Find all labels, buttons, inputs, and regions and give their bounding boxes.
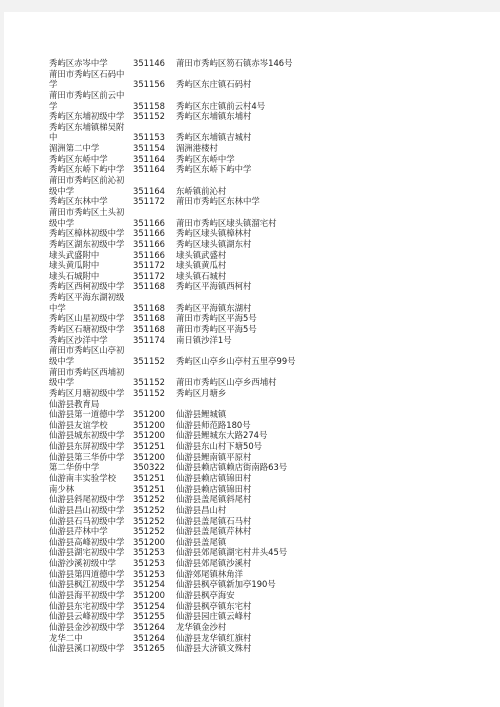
school-name: 莆田市秀屿区前沁初 bbox=[49, 175, 124, 186]
address: 秀屿区东庄镇石码村 bbox=[176, 79, 251, 90]
school-name: 秀屿区山星初级中学 bbox=[49, 313, 124, 324]
address: 仙游县师范路180号 bbox=[176, 420, 251, 431]
school-name: 仙游县第一道德中学 bbox=[49, 409, 124, 420]
school-name: 秀屿区沙洋中学 bbox=[49, 335, 108, 346]
postcode: 351264 bbox=[133, 622, 165, 633]
postcode: 351172 bbox=[133, 260, 165, 271]
school-name: 仙游县第三华侨中学 bbox=[49, 452, 124, 463]
postcode: 351164 bbox=[133, 164, 165, 175]
postcode: 351164 bbox=[133, 186, 165, 197]
address: 仙游郊尾镇林角洋 bbox=[176, 569, 243, 580]
school-name: 仙游县城东初级中学 bbox=[49, 430, 124, 441]
school-name: 级中学 bbox=[49, 218, 74, 229]
school-name: 仙游县斜尾初级中学 bbox=[49, 494, 124, 505]
postcode: 351200 bbox=[133, 537, 165, 548]
school-name: 莆田市秀屿区前云中 bbox=[49, 90, 124, 101]
school-name: 秀屿区石塘初级中学 bbox=[49, 324, 124, 335]
address: 仙游县枫亭镇东宅村 bbox=[176, 601, 251, 612]
school-name: 埭头石城附中 bbox=[49, 271, 99, 282]
school-name: 莆田市秀屿区土头初 bbox=[49, 207, 124, 218]
postcode: 351251 bbox=[133, 441, 165, 452]
postcode: 351168 bbox=[133, 324, 165, 335]
school-name: 学 bbox=[49, 101, 57, 112]
school-name: 莆田市秀屿区石码中 bbox=[49, 69, 124, 80]
postcode: 351255 bbox=[133, 611, 165, 622]
address: 仙游县鲤城镇 bbox=[176, 409, 226, 420]
address: 仙游县枫亭镇新加亭190号 bbox=[176, 579, 276, 590]
school-name: 秀屿区东埔镇梯吴附 bbox=[49, 122, 124, 133]
address: 埭头镇石城村 bbox=[176, 271, 226, 282]
postcode: 351168 bbox=[133, 313, 165, 324]
document-page: 秀屿区赤岑中学351146莆田市秀屿区笏石镇赤岑146号莆田市秀屿区石码中学35… bbox=[4, 12, 500, 707]
school-name: 湄洲第二中学 bbox=[49, 143, 99, 154]
postcode: 351254 bbox=[133, 601, 165, 612]
postcode: 351251 bbox=[133, 473, 165, 484]
address: 莆田市秀屿区笏石镇赤岑146号 bbox=[176, 58, 292, 69]
school-name: 秀屿区樟林初级中学 bbox=[49, 228, 124, 239]
postcode: 351252 bbox=[133, 494, 165, 505]
address: 秀屿区月塘乡 bbox=[176, 388, 226, 399]
school-name: 秀屿区湖东初级中学 bbox=[49, 239, 124, 250]
address: 秀屿区东埔镇吉城村 bbox=[176, 132, 251, 143]
address: 秀屿区东庄镇前云村4号 bbox=[176, 101, 265, 112]
postcode: 351152 bbox=[133, 111, 165, 122]
school-name: 秀屿区月塘初级中学 bbox=[49, 388, 124, 399]
postcode: 351200 bbox=[133, 452, 165, 463]
address: 莆田市秀屿区山亭乡西埔村 bbox=[176, 377, 277, 388]
address: 秀屿区埭头镇樟林村 bbox=[176, 228, 251, 239]
postcode: 351152 bbox=[133, 356, 165, 367]
postcode: 351158 bbox=[133, 101, 165, 112]
postcode: 351152 bbox=[133, 388, 165, 399]
school-name: 中 bbox=[49, 132, 57, 143]
school-name: 仙游南丰实验学校 bbox=[49, 473, 116, 484]
postcode: 351200 bbox=[133, 590, 165, 601]
school-name: 仙游县东宅初级中学 bbox=[49, 601, 124, 612]
school-name: 仙游县湖宅初级中学 bbox=[49, 547, 124, 558]
address: 莆田市秀屿区埭头镇溜宅村 bbox=[176, 218, 277, 229]
postcode: 351264 bbox=[133, 633, 165, 644]
school-name: 级中学 bbox=[49, 377, 74, 388]
postcode: 351200 bbox=[133, 430, 165, 441]
postcode: 351253 bbox=[133, 547, 165, 558]
address: 秀屿区东峤下屿中学 bbox=[176, 164, 251, 175]
address: 秀屿区山亭乡山亭村五里亭99号 bbox=[176, 356, 296, 367]
school-name: 中学 bbox=[49, 303, 66, 314]
address: 仙游县盖尾镇斜尾村 bbox=[176, 494, 251, 505]
school-name: 仙游县云峰初级中学 bbox=[49, 611, 124, 622]
postcode: 351200 bbox=[133, 409, 165, 420]
school-name: 秀屿区东峤下屿中学 bbox=[49, 164, 124, 175]
address: 仙游县赖店镇赖店街南路63号 bbox=[176, 462, 287, 473]
address: 仙游县郊尾镇沙溪村 bbox=[176, 558, 251, 569]
address: 仙游县盖尾镇石马村 bbox=[176, 516, 251, 527]
school-name: 埭头武盛附中 bbox=[49, 250, 99, 261]
postcode: 351174 bbox=[133, 335, 165, 346]
postcode: 351252 bbox=[133, 516, 165, 527]
address: 莆田市秀屿区东林中学 bbox=[176, 196, 260, 207]
school-name: 仙游沙溪初级中学 bbox=[49, 558, 116, 569]
address: 龙华镇金沙村 bbox=[176, 622, 226, 633]
address: 秀屿区东埔镇东埔村 bbox=[176, 111, 251, 122]
address: 仙游县园庄镇云峰村 bbox=[176, 611, 251, 622]
postcode: 351168 bbox=[133, 303, 165, 314]
school-name: 仙游县芹林中学 bbox=[49, 526, 108, 537]
postcode: 351254 bbox=[133, 579, 165, 590]
school-name: 龙华二中 bbox=[49, 633, 83, 644]
school-name: 仙游县教育局 bbox=[49, 399, 99, 410]
postcode: 351166 bbox=[133, 218, 165, 229]
postcode: 351154 bbox=[133, 143, 165, 154]
school-name: 仙游县高峰初级中学 bbox=[49, 537, 124, 548]
school-name: 南少林 bbox=[49, 484, 74, 495]
school-name: 仙游县金沙初级中学 bbox=[49, 622, 124, 633]
school-name: 仙游县昌山初级中学 bbox=[49, 505, 124, 516]
school-name: 莆田市秀屿区西埔初 bbox=[49, 367, 124, 378]
postcode: 351252 bbox=[133, 526, 165, 537]
address: 仙游县盖尾镇芹林村 bbox=[176, 526, 251, 537]
address: 秀屿区埭头镇湖东村 bbox=[176, 239, 251, 250]
postcode: 351172 bbox=[133, 196, 165, 207]
school-name: 学 bbox=[49, 79, 57, 90]
school-name: 仙游县石马初级中学 bbox=[49, 516, 124, 527]
school-name: 仙游县枫江初级中学 bbox=[49, 579, 124, 590]
school-name: 第二华侨中学 bbox=[49, 462, 99, 473]
school-name: 秀屿区东埔初级中学 bbox=[49, 111, 124, 122]
school-name: 仙游县溪口初级中学 bbox=[49, 643, 124, 654]
postcode: 351265 bbox=[133, 643, 165, 654]
postcode: 351166 bbox=[133, 239, 165, 250]
postcode: 351253 bbox=[133, 558, 165, 569]
postcode: 351146 bbox=[133, 58, 165, 69]
school-name: 莆田市秀屿区山亭初 bbox=[49, 345, 124, 356]
address: 埭头镇黄瓜村 bbox=[176, 260, 226, 271]
address: 仙游县郊尾镇湖宅村井头45号 bbox=[176, 547, 287, 558]
postcode: 351156 bbox=[133, 79, 165, 90]
school-name: 秀屿区西柯初级中学 bbox=[49, 281, 124, 292]
school-name: 级中学 bbox=[49, 186, 74, 197]
postcode: 351166 bbox=[133, 228, 165, 239]
school-name: 秀屿区东峤中学 bbox=[49, 154, 108, 165]
school-name: 仙游县第四道德中学 bbox=[49, 569, 124, 580]
address: 秀屿区东峤中学 bbox=[176, 154, 235, 165]
address: 湄洲港楼村 bbox=[176, 143, 218, 154]
postcode: 351164 bbox=[133, 154, 165, 165]
postcode: 351251 bbox=[133, 484, 165, 495]
address: 东峤镇前沁村 bbox=[176, 186, 226, 197]
address: 莆田市秀屿区平海5号 bbox=[176, 324, 257, 335]
address: 埭头镇武盛村 bbox=[176, 250, 226, 261]
address: 仙游县鲤南镇平原村 bbox=[176, 452, 251, 463]
address: 秀屿区平海镇西柯村 bbox=[176, 281, 251, 292]
school-name: 秀屿区平海东湖初级 bbox=[49, 292, 124, 303]
address: 仙游县枫亭海安 bbox=[176, 590, 235, 601]
address: 仙游县赖店镇锦田村 bbox=[176, 473, 251, 484]
school-name: 仙游县海平初级中学 bbox=[49, 590, 124, 601]
address: 仙游县龙华镇红旗村 bbox=[176, 633, 251, 644]
address: 南日镇沙洋1号 bbox=[176, 335, 232, 346]
postcode: 350322 bbox=[133, 462, 165, 473]
address: 仙游县鲤城东大路274号 bbox=[176, 430, 267, 441]
school-name: 秀屿区东林中学 bbox=[49, 196, 108, 207]
address: 莆田市秀屿区平海5号 bbox=[176, 313, 257, 324]
school-name: 仙游县东屏初级中学 bbox=[49, 441, 124, 452]
postcode: 351172 bbox=[133, 271, 165, 282]
address: 秀屿区平海镇东湖村 bbox=[176, 303, 251, 314]
address: 仙游县东山村下塘50号 bbox=[176, 441, 262, 452]
postcode: 351200 bbox=[133, 420, 165, 431]
postcode: 351168 bbox=[133, 281, 165, 292]
address: 仙游县大济镇文殊村 bbox=[176, 643, 251, 654]
school-name: 级中学 bbox=[49, 356, 74, 367]
postcode: 351253 bbox=[133, 569, 165, 580]
address: 仙游县昌山村 bbox=[176, 505, 226, 516]
postcode: 351252 bbox=[133, 505, 165, 516]
school-name: 秀屿区赤岑中学 bbox=[49, 58, 108, 69]
address: 仙游县赖店镇锦田村 bbox=[176, 484, 251, 495]
school-name: 仙游县友谊学校 bbox=[49, 420, 108, 431]
postcode: 351152 bbox=[133, 377, 165, 388]
address: 仙游县盖尾镇 bbox=[176, 537, 226, 548]
school-name: 埭头黄瓜附中 bbox=[49, 260, 99, 271]
postcode: 351166 bbox=[133, 250, 165, 261]
postcode: 351153 bbox=[133, 132, 165, 143]
